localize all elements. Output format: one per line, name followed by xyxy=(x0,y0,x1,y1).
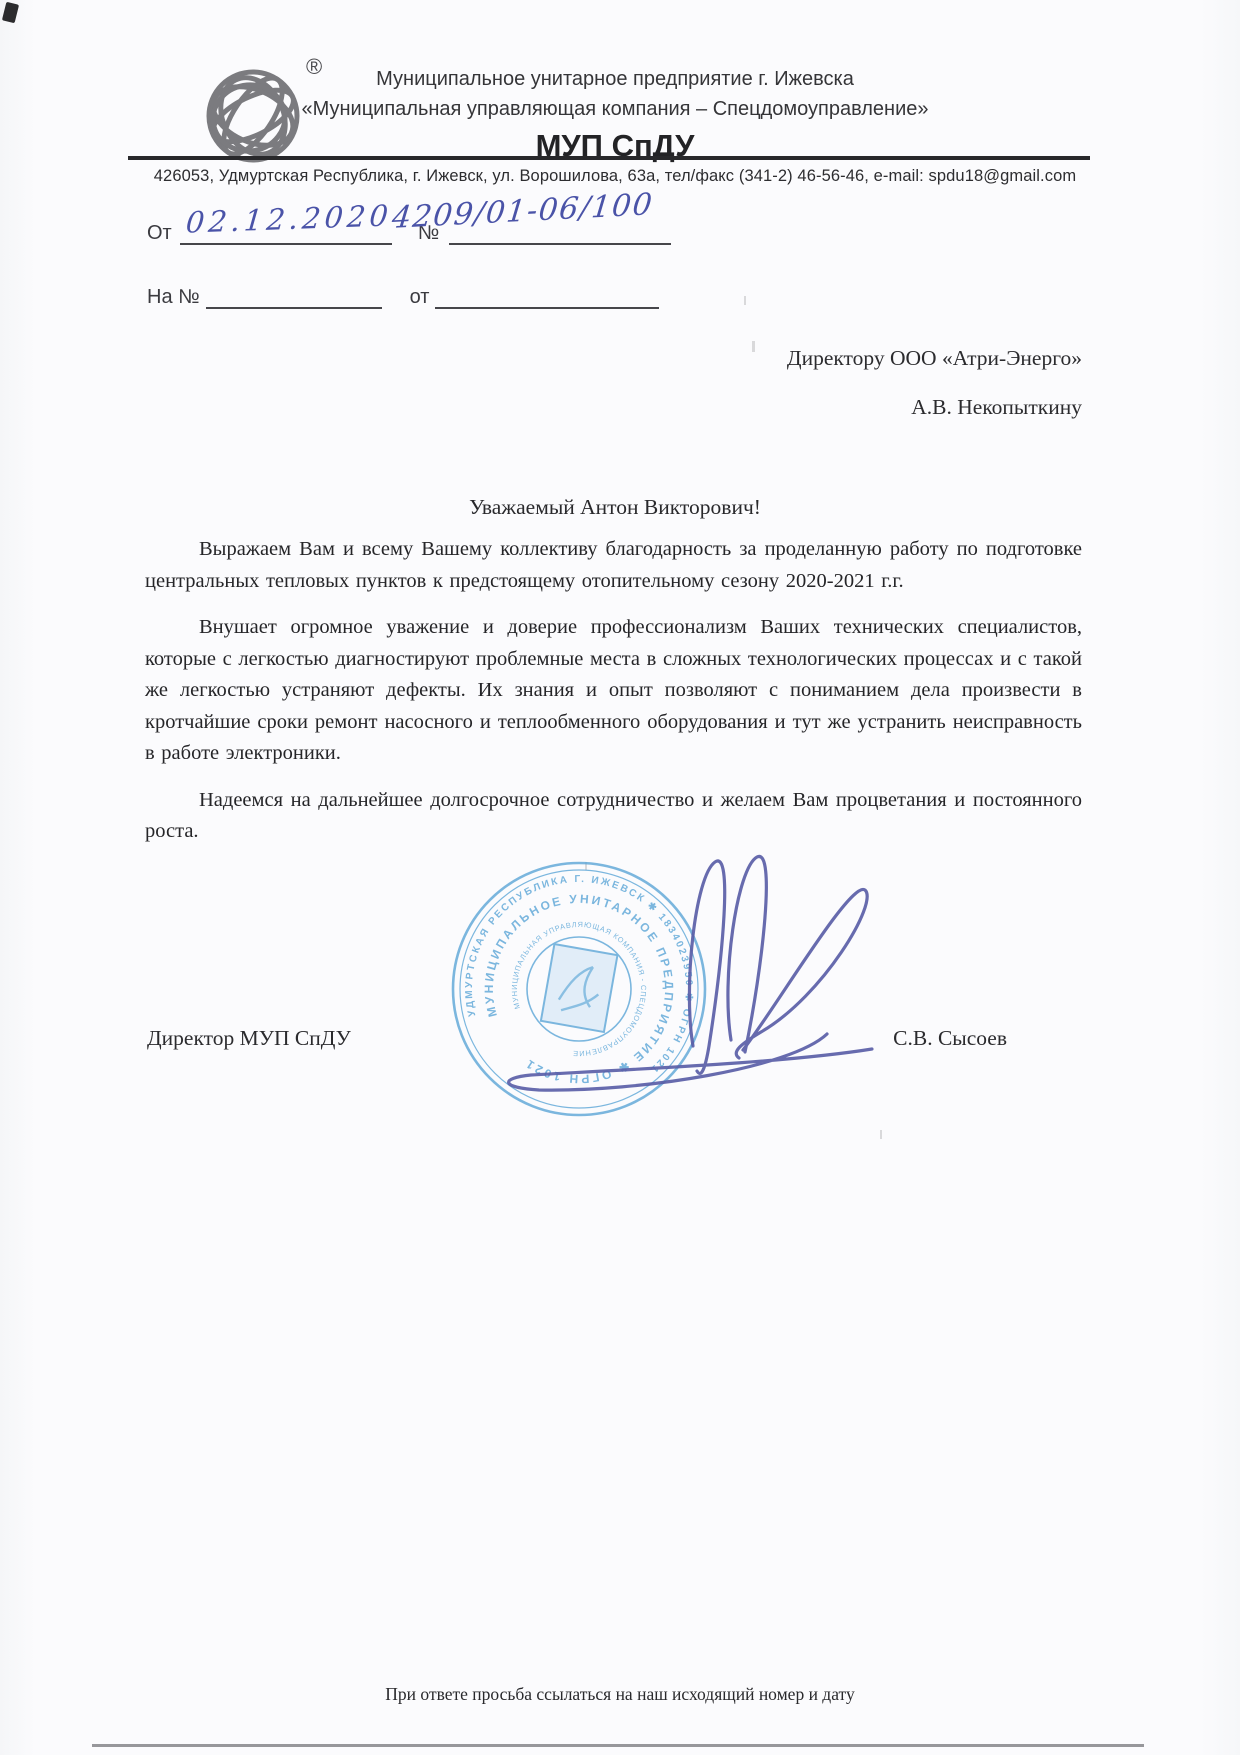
scan-smudge xyxy=(880,1130,882,1139)
reply-date-blank-underline xyxy=(435,284,659,309)
letterhead: Муниципальное унитарное предприятие г. И… xyxy=(140,64,1090,166)
reply-reference-row: На №от xyxy=(147,284,659,309)
paragraph-2: Внушает огромное уважение и доверие проф… xyxy=(145,612,1082,770)
letterhead-divider xyxy=(128,156,1090,160)
org-name-line1: Муниципальное унитарное предприятие г. И… xyxy=(140,64,1090,94)
recipient-position: Директору ООО «Атри-Энерго» xyxy=(787,346,1082,371)
org-short-name: МУП СпДУ xyxy=(140,126,1090,166)
handwritten-date: 02.12.2020 xyxy=(185,198,394,239)
scan-smudge xyxy=(752,341,755,352)
scanned-letter-page: ® Муниципальное унитарное предприятие г.… xyxy=(0,0,1240,1755)
org-name-line2: «Муниципальная управляющая компания – Сп… xyxy=(140,94,1090,124)
recipient-block: Директору ООО «Атри-Энерго» А.В. Некопыт… xyxy=(787,346,1082,420)
paragraph-1: Выражаем Вам и всему Вашему коллективу б… xyxy=(145,534,1082,597)
handwritten-signature xyxy=(455,838,915,1128)
scan-edge-line xyxy=(92,1744,1144,1747)
reply-number-blank-underline xyxy=(206,284,382,309)
reply-number-label: На № xyxy=(147,286,200,308)
scan-corner-artifact xyxy=(2,2,19,24)
org-contact-line: 426053, Удмуртская Республика, г. Ижевск… xyxy=(110,167,1120,186)
signer-position: Директор МУП СпДУ xyxy=(147,1026,351,1051)
signer-name: С.В. Сысоев xyxy=(893,1026,1007,1051)
salutation: Уважаемый Антон Викторович! xyxy=(140,495,1090,520)
letter-body: Выражаем Вам и всему Вашему коллективу б… xyxy=(145,534,1082,863)
from-label: От xyxy=(147,222,172,244)
footer-note: При ответе просьба ссылаться на наш исхо… xyxy=(0,1684,1240,1705)
reply-date-label: от xyxy=(410,286,430,308)
scan-smudge xyxy=(744,296,746,305)
recipient-name: А.В. Некопыткину xyxy=(787,395,1082,420)
